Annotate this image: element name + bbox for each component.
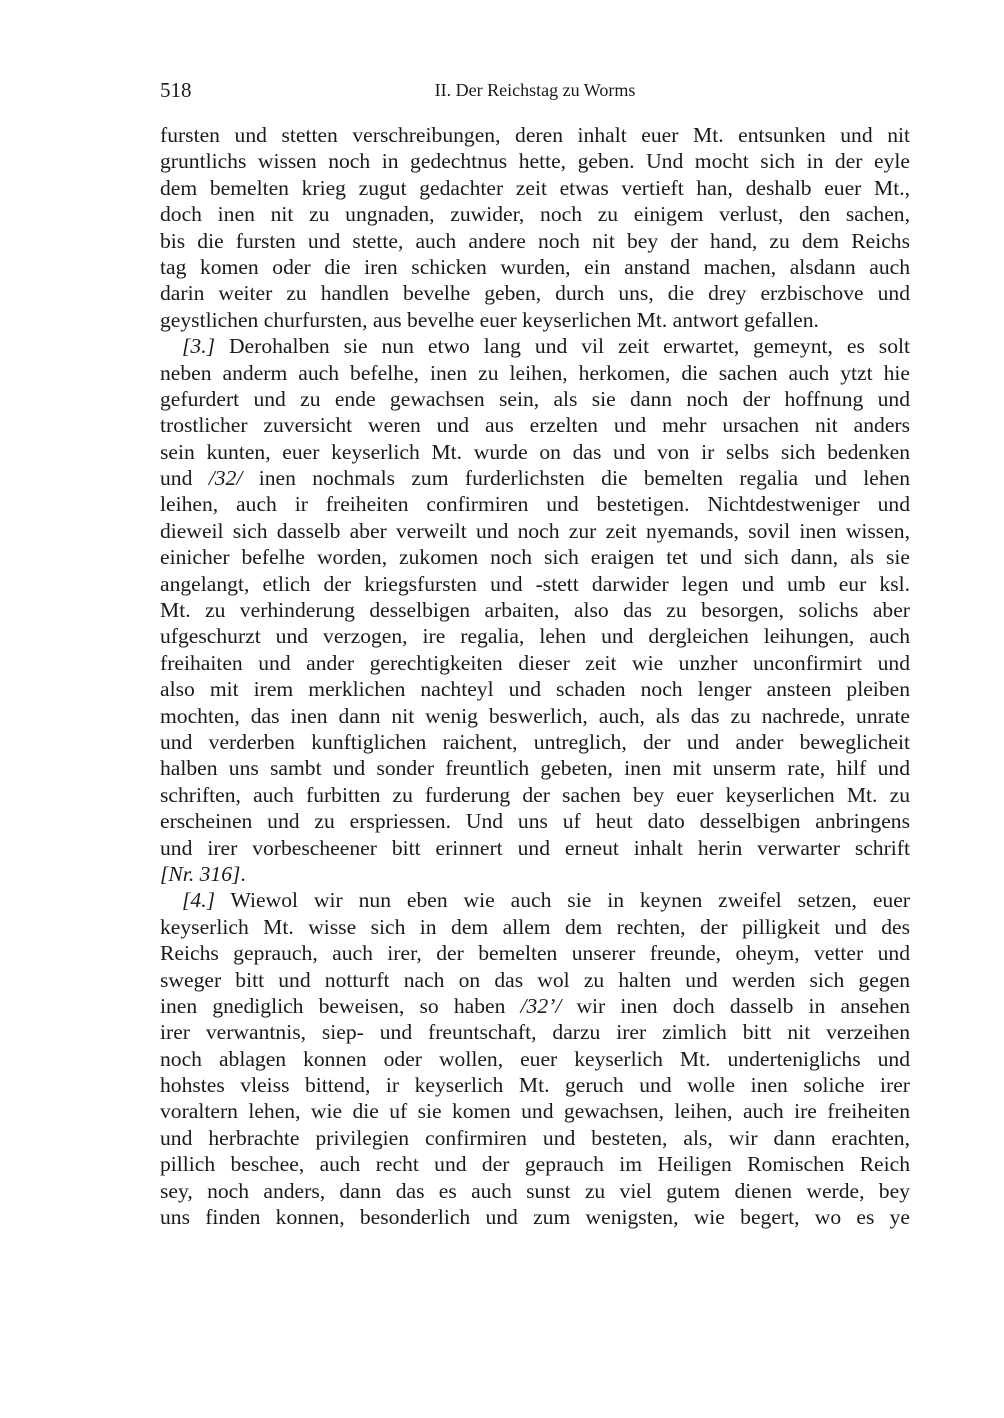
text-line: [3.] Derohalben sie nun etwo lang und vi… xyxy=(160,333,910,359)
line-text: voraltern lehen, wie die uf sie komen un… xyxy=(160,1099,910,1123)
text-line: sey, noch anders, dann das es auch sunst… xyxy=(160,1178,910,1204)
text-line: sein kunten, euer keyserlich Mt. wurde o… xyxy=(160,439,910,465)
text-line: pillich beschee, auch recht und der gepr… xyxy=(160,1151,910,1177)
line-text: und irer vorbescheener bitt erinnert und… xyxy=(160,836,910,860)
section-marker: [3.] xyxy=(182,334,215,358)
line-text: sey, noch anders, dann das es auch sunst… xyxy=(160,1179,910,1203)
line-text: irer verwantnis, siep- und freuntschaft,… xyxy=(160,1020,910,1044)
text-line: und /32/ inen nochmals zum furderlichste… xyxy=(160,465,910,491)
line-text: trostlicher zuversicht weren und aus erz… xyxy=(160,413,910,437)
line-text: uns finden konnen, besonderlich und zum … xyxy=(160,1205,910,1229)
text-line: inen gnediglich beweisen, so haben /32’/… xyxy=(160,993,910,1019)
body-text: fursten und stetten verschreibungen, der… xyxy=(160,122,910,1230)
text-line: einicher befelhe worden, zukomen noch si… xyxy=(160,544,910,570)
line-text: darin weiter zu handlen bevelhe geben, d… xyxy=(160,281,910,305)
text-line: geystlichen churfursten, aus bevelhe eue… xyxy=(160,307,910,333)
line-text: sein kunten, euer keyserlich Mt. wurde o… xyxy=(160,440,910,464)
line-text: dem bemelten krieg zugut gedachter zeit … xyxy=(160,176,910,200)
text-line: und verderben kunftiglichen raichent, un… xyxy=(160,729,910,755)
text-line: dieweil sich dasselb aber verweilt und n… xyxy=(160,518,910,544)
line-text: mochten, das inen dann nit wenig beswerl… xyxy=(160,704,910,728)
text-line: uns finden konnen, besonderlich und zum … xyxy=(160,1204,910,1230)
text-line: fursten und stetten verschreibungen, der… xyxy=(160,122,910,148)
text-line: voraltern lehen, wie die uf sie komen un… xyxy=(160,1098,910,1124)
text-line: freihaiten und ander gerechtigkeiten die… xyxy=(160,650,910,676)
folio-marker: /32’/ xyxy=(521,994,562,1018)
line-text: halben uns sambt und sonder freuntlich g… xyxy=(160,756,910,780)
line-text: pillich beschee, auch recht und der gepr… xyxy=(160,1152,910,1176)
line-text: gefurdert und zu ende gewachsen sein, al… xyxy=(160,387,910,411)
text-line: und herbrachte privilegien confirmiren u… xyxy=(160,1125,910,1151)
line-text: fursten und stetten verschreibungen, der… xyxy=(160,123,910,147)
text-line: mochten, das inen dann nit wenig beswerl… xyxy=(160,703,910,729)
folio-marker: /32/ xyxy=(209,466,243,490)
section-marker: [4.] xyxy=(182,888,215,912)
text-line: trostlicher zuversicht weren und aus erz… xyxy=(160,412,910,438)
text-line: gruntlichs wissen noch in gedechtnus het… xyxy=(160,148,910,174)
line-text: schriften, auch furbitten zu furderung d… xyxy=(160,783,910,807)
line-text: freihaiten und ander gerechtigkeiten die… xyxy=(160,651,910,675)
line-text: tag komen oder die iren schicken wurden,… xyxy=(160,255,910,279)
line-text: einicher befelhe worden, zukomen noch si… xyxy=(160,545,910,569)
text-line: noch ablagen konnen oder wollen, euer ke… xyxy=(160,1046,910,1072)
line-text: inen nochmals zum furderlichsten die bem… xyxy=(242,466,910,490)
text-line: darin weiter zu handlen bevelhe geben, d… xyxy=(160,280,910,306)
line-text: noch ablagen konnen oder wollen, euer ke… xyxy=(160,1047,910,1071)
text-line: bis die fursten und stette, auch andere … xyxy=(160,228,910,254)
line-text: und herbrachte privilegien confirmiren u… xyxy=(160,1126,910,1150)
line-text: erscheinen und zu erspriessen. Und uns u… xyxy=(160,809,910,833)
line-text: . xyxy=(240,862,245,886)
line-text: Wiewol wir nun eben wie auch sie in keyn… xyxy=(215,888,910,912)
text-line: also mit irem merklichen nachteyl und sc… xyxy=(160,676,910,702)
line-text: hohstes vleiss bittend, ir keyserlich Mt… xyxy=(160,1073,910,1097)
line-text: sweger bitt und notturft nach on das wol… xyxy=(160,968,910,992)
running-head: II. Der Reichstag zu Worms xyxy=(160,80,910,101)
line-text: inen gnediglich beweisen, so haben xyxy=(160,994,521,1018)
line-text: dieweil sich dasselb aber verweilt und n… xyxy=(160,519,910,543)
text-line: angelangt, etlich der kriegsfursten und … xyxy=(160,571,910,597)
text-line: schriften, auch furbitten zu furderung d… xyxy=(160,782,910,808)
line-text: Reichs geprauch, auch irer, der bemelten… xyxy=(160,941,910,965)
line-text: neben anderm auch befelhe, inen zu leihe… xyxy=(160,361,910,385)
line-text: leihen, auch ir freiheiten confirmiren u… xyxy=(160,492,910,516)
document-page: 518 II. Der Reichstag zu Worms fursten u… xyxy=(160,78,910,1230)
text-line: dem bemelten krieg zugut gedachter zeit … xyxy=(160,175,910,201)
text-line: leihen, auch ir freiheiten confirmiren u… xyxy=(160,491,910,517)
text-line: sweger bitt und notturft nach on das wol… xyxy=(160,967,910,993)
line-text: also mit irem merklichen nachteyl und sc… xyxy=(160,677,910,701)
line-text: geystlichen churfursten, aus bevelhe eue… xyxy=(160,308,819,332)
text-line: [4.] Wiewol wir nun eben wie auch sie in… xyxy=(160,887,910,913)
text-line: ufgeschurzt und verzogen, ire regalia, l… xyxy=(160,623,910,649)
text-line: irer verwantnis, siep- und freuntschaft,… xyxy=(160,1019,910,1045)
line-text: und xyxy=(160,466,209,490)
text-line: doch inen nit zu ungnaden, zuwider, noch… xyxy=(160,201,910,227)
document-reference: [Nr. 316] xyxy=(160,862,240,886)
text-line: hohstes vleiss bittend, ir keyserlich Mt… xyxy=(160,1072,910,1098)
line-text: doch inen nit zu ungnaden, zuwider, noch… xyxy=(160,202,910,226)
text-line: neben anderm auch befelhe, inen zu leihe… xyxy=(160,360,910,386)
line-text: bis die fursten und stette, auch andere … xyxy=(160,229,910,253)
line-text: gruntlichs wissen noch in gedechtnus het… xyxy=(160,149,910,173)
line-text: Derohalben sie nun etwo lang und vil zei… xyxy=(215,334,910,358)
line-text: keyserlich Mt. wisse sich in dem allem d… xyxy=(160,915,910,939)
line-text: Mt. zu verhinderung desselbigen arbaiten… xyxy=(160,598,910,622)
text-line: Reichs geprauch, auch irer, der bemelten… xyxy=(160,940,910,966)
text-line: gefurdert und zu ende gewachsen sein, al… xyxy=(160,386,910,412)
text-line: tag komen oder die iren schicken wurden,… xyxy=(160,254,910,280)
text-line: keyserlich Mt. wisse sich in dem allem d… xyxy=(160,914,910,940)
line-text: angelangt, etlich der kriegsfursten und … xyxy=(160,572,910,596)
line-text: und verderben kunftiglichen raichent, un… xyxy=(160,730,910,754)
text-line: und irer vorbescheener bitt erinnert und… xyxy=(160,835,910,861)
text-line: erscheinen und zu erspriessen. Und uns u… xyxy=(160,808,910,834)
page-header: 518 II. Der Reichstag zu Worms xyxy=(160,78,910,118)
text-line: Mt. zu verhinderung desselbigen arbaiten… xyxy=(160,597,910,623)
text-line: [Nr. 316]. xyxy=(160,861,910,887)
line-text: ufgeschurzt und verzogen, ire regalia, l… xyxy=(160,624,910,648)
line-text: wir inen doch dasselb in ansehen xyxy=(561,994,910,1018)
text-line: halben uns sambt und sonder freuntlich g… xyxy=(160,755,910,781)
